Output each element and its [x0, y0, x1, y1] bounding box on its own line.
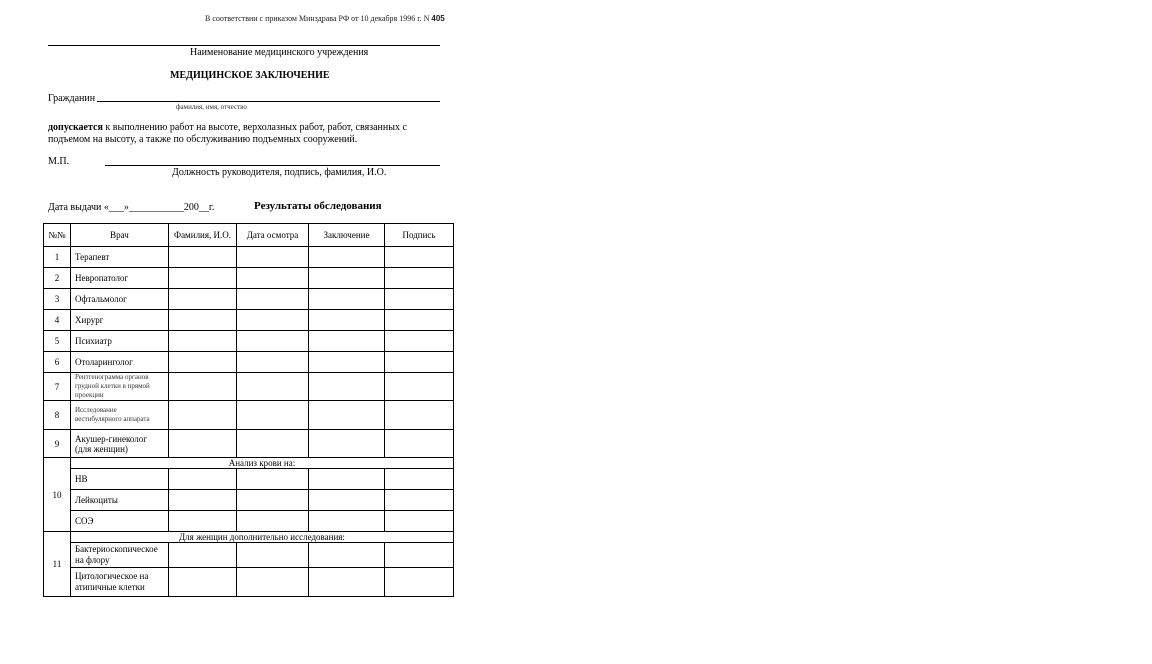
cell-date[interactable]	[237, 543, 309, 568]
table-row: 8 Исследование вестибулярного аппарата	[44, 401, 454, 430]
document-title: МЕДИЦИНСКОЕ ЗАКЛЮЧЕНИЕ	[170, 70, 330, 81]
women-section-label: Для женщин дополнительно исследования:	[71, 532, 454, 543]
cell-date[interactable]	[237, 568, 309, 597]
cell-conclusion[interactable]	[309, 568, 385, 597]
decree-number: 405	[431, 14, 444, 23]
cell-name[interactable]	[169, 289, 237, 310]
signature-line[interactable]	[105, 165, 440, 166]
table-row: 6 Отоларинголог	[44, 352, 454, 373]
table-row: 3 Офтальмолог	[44, 289, 454, 310]
admission-bold: допускается	[48, 122, 103, 133]
cell-name[interactable]	[169, 310, 237, 331]
fio-caption: фамилия, имя, отчество	[176, 103, 247, 111]
cell-date[interactable]	[237, 511, 309, 532]
table-row: 7 Рентгенограмма органов грудной клетки …	[44, 373, 454, 401]
row-num: 6	[44, 352, 71, 373]
cell-name[interactable]	[169, 568, 237, 597]
cell-signature[interactable]	[385, 401, 454, 430]
cell-date[interactable]	[237, 401, 309, 430]
cell-name[interactable]	[169, 331, 237, 352]
cell-conclusion[interactable]	[309, 247, 385, 268]
cell-date[interactable]	[237, 310, 309, 331]
table-row: СОЭ	[44, 511, 454, 532]
results-title: Результаты обследования	[254, 200, 382, 212]
row-num: 10	[44, 458, 71, 532]
cell-date[interactable]	[237, 289, 309, 310]
header-num: №№	[44, 224, 71, 247]
cell-conclusion[interactable]	[309, 331, 385, 352]
cell-date[interactable]	[237, 430, 309, 458]
women-item: Цитологическое на атипичные клетки	[71, 568, 169, 597]
row-num: 9	[44, 430, 71, 458]
cell-name[interactable]	[169, 247, 237, 268]
cell-conclusion[interactable]	[309, 310, 385, 331]
cell-name[interactable]	[169, 430, 237, 458]
table-row: 4 Хирург	[44, 310, 454, 331]
cell-signature[interactable]	[385, 430, 454, 458]
institution-line	[48, 45, 440, 46]
cell-name[interactable]	[169, 401, 237, 430]
cell-conclusion[interactable]	[309, 511, 385, 532]
decree-text: В соответствии с приказом Минздрава РФ о…	[205, 14, 429, 23]
row-doctor: Офтальмолог	[71, 289, 169, 310]
blood-section-label: Анализ крови на:	[71, 458, 454, 469]
cell-name[interactable]	[169, 373, 237, 401]
cell-date[interactable]	[237, 373, 309, 401]
cell-date[interactable]	[237, 469, 309, 490]
cell-signature[interactable]	[385, 469, 454, 490]
cell-name[interactable]	[169, 352, 237, 373]
cell-signature[interactable]	[385, 247, 454, 268]
row-doctor: Акушер-гинеколог (для женщин)	[71, 430, 169, 458]
cell-name[interactable]	[169, 543, 237, 568]
cell-conclusion[interactable]	[309, 490, 385, 511]
cell-name[interactable]	[169, 469, 237, 490]
decree-reference: В соответствии с приказом Минздрава РФ о…	[205, 14, 445, 23]
header-doctor: Врач	[71, 224, 169, 247]
cell-conclusion[interactable]	[309, 289, 385, 310]
table-row: 2 Невропатолог	[44, 268, 454, 289]
cell-signature[interactable]	[385, 310, 454, 331]
cell-conclusion[interactable]	[309, 268, 385, 289]
blood-item: Лейкоциты	[71, 490, 169, 511]
cell-signature[interactable]	[385, 568, 454, 597]
stamp-label: М.П.	[48, 156, 69, 167]
position-caption: Должность руководителя, подпись, фамилия…	[172, 167, 386, 178]
cell-signature[interactable]	[385, 289, 454, 310]
row-num: 5	[44, 331, 71, 352]
table-row: 1 Терапевт	[44, 247, 454, 268]
header-date: Дата осмотра	[237, 224, 309, 247]
table-row: Лейкоциты	[44, 490, 454, 511]
header-conclusion: Заключение	[309, 224, 385, 247]
row-num: 8	[44, 401, 71, 430]
row-doctor: Отоларинголог	[71, 352, 169, 373]
table-row: 5 Психиатр	[44, 331, 454, 352]
table-row: НВ	[44, 469, 454, 490]
cell-signature[interactable]	[385, 373, 454, 401]
row-num: 3	[44, 289, 71, 310]
table-row: 9 Акушер-гинеколог (для женщин)	[44, 430, 454, 458]
row-num: 11	[44, 532, 71, 597]
blood-item: СОЭ	[71, 511, 169, 532]
row-doctor: Психиатр	[71, 331, 169, 352]
row-num: 2	[44, 268, 71, 289]
cell-signature[interactable]	[385, 511, 454, 532]
row-doctor: Терапевт	[71, 247, 169, 268]
cell-signature[interactable]	[385, 543, 454, 568]
table-row: Бактериоскопическое на флору	[44, 543, 454, 568]
row-num: 4	[44, 310, 71, 331]
cell-conclusion[interactable]	[309, 469, 385, 490]
women-item: Бактериоскопическое на флору	[71, 543, 169, 568]
header-name: Фамилия, И.О.	[169, 224, 237, 247]
cell-date[interactable]	[237, 490, 309, 511]
row-doctor: Исследование вестибулярного аппарата	[71, 401, 169, 430]
cell-conclusion[interactable]	[309, 543, 385, 568]
issue-date[interactable]: Дата выдачи «___»___________200__г.	[48, 202, 214, 213]
cell-name[interactable]	[169, 268, 237, 289]
women-section-header: 11 Для женщин дополнительно исследования…	[44, 532, 454, 543]
cell-signature[interactable]	[385, 352, 454, 373]
cell-name[interactable]	[169, 490, 237, 511]
cell-date[interactable]	[237, 331, 309, 352]
row-num: 1	[44, 247, 71, 268]
cell-name[interactable]	[169, 511, 237, 532]
citizen-label: Гражданин	[48, 93, 95, 104]
results-table: №№ Врач Фамилия, И.О. Дата осмотра Заклю…	[43, 223, 454, 597]
row-doctor: Хирург	[71, 310, 169, 331]
table-header-row: №№ Врач Фамилия, И.О. Дата осмотра Заклю…	[44, 224, 454, 247]
row-doctor: Невропатолог	[71, 268, 169, 289]
cell-signature[interactable]	[385, 331, 454, 352]
header-signature: Подпись	[385, 224, 454, 247]
cell-date[interactable]	[237, 268, 309, 289]
table-row: Цитологическое на атипичные клетки	[44, 568, 454, 597]
cell-signature[interactable]	[385, 268, 454, 289]
row-doctor: Рентгенограмма органов грудной клетки в …	[71, 373, 169, 401]
blood-item: НВ	[71, 469, 169, 490]
cell-conclusion[interactable]	[309, 430, 385, 458]
citizen-name-line[interactable]	[97, 101, 440, 102]
admission-text: допускается к выполнению работ на высоте…	[48, 122, 448, 146]
cell-signature[interactable]	[385, 490, 454, 511]
cell-date[interactable]	[237, 352, 309, 373]
cell-conclusion[interactable]	[309, 373, 385, 401]
institution-label: Наименование медицинского учреждения	[190, 47, 368, 58]
blood-section-header: 10 Анализ крови на:	[44, 458, 454, 469]
cell-conclusion[interactable]	[309, 352, 385, 373]
cell-date[interactable]	[237, 247, 309, 268]
cell-conclusion[interactable]	[309, 401, 385, 430]
row-num: 7	[44, 373, 71, 401]
